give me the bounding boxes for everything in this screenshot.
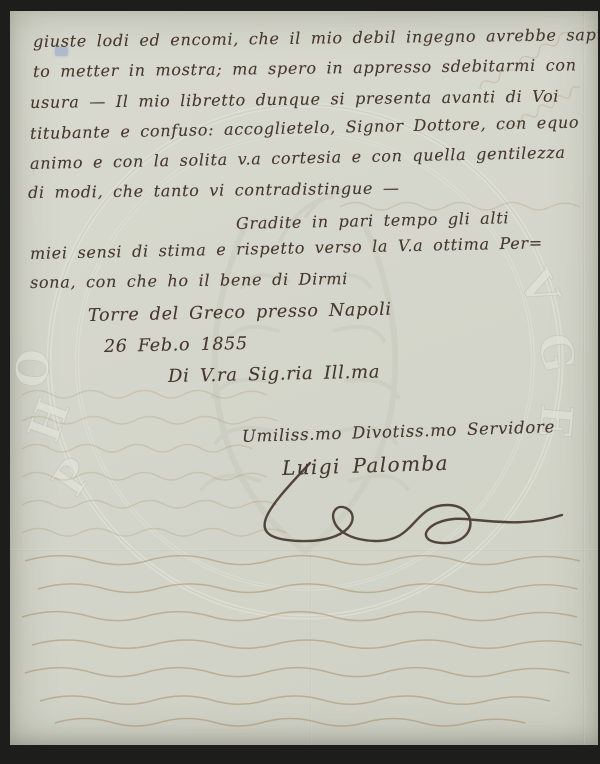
watermark-letter: O [10, 347, 61, 390]
watermark-letter: H [18, 392, 80, 449]
salutation-line: Di V.ra Sig.ria Ill.ma [168, 362, 381, 387]
dateline-date: 26 Feb.o 1855 [104, 334, 248, 357]
letter-page: P H O V G E [10, 11, 598, 745]
letter-body-line: sona, con che ho il bene di Dirmi [30, 269, 348, 292]
watermark-letter: G [527, 329, 584, 376]
scanner-background: { "page": { "description": "Scanned page… [0, 0, 600, 764]
right-edge-fold [583, 11, 585, 745]
bottom-fold-crease [310, 551, 312, 745]
watermark-letter: V [508, 261, 570, 316]
bleedthrough-lines-bottom [22, 556, 582, 726]
horizontal-fold-crease [10, 549, 598, 551]
